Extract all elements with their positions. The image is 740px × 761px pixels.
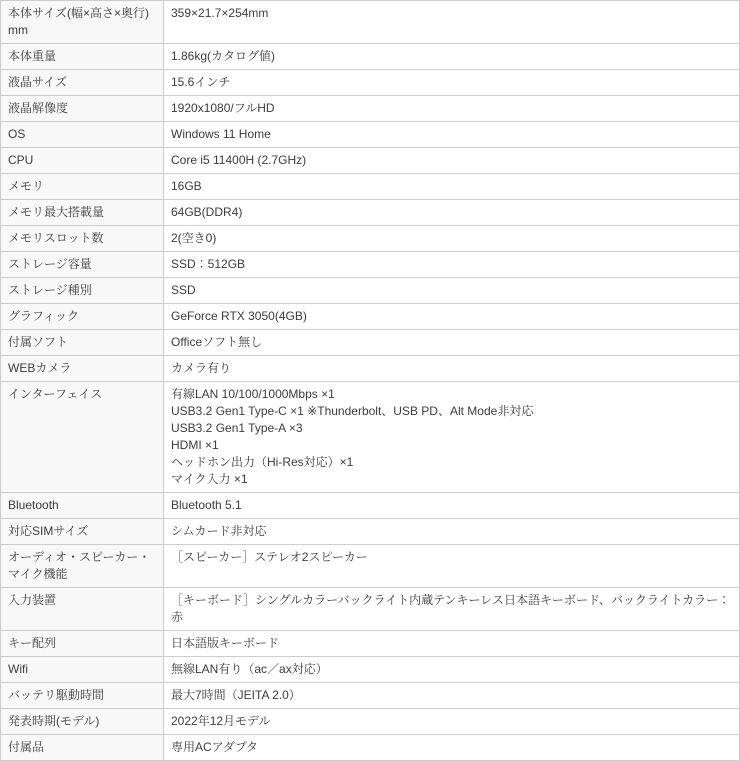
spec-value-storage-type: SSD — [164, 278, 740, 304]
spec-table: 本体サイズ(幅×高さ×奥行)mm 359×21.7×254mm 本体重量 1.8… — [0, 0, 740, 761]
spec-value-key-layout: 日本語版キーボード — [164, 631, 740, 657]
spec-value-sim-size: シムカード非対応 — [164, 519, 740, 545]
spec-row: 本体重量 1.86kg(カタログ値) — [1, 44, 740, 70]
spec-value-accessories: 専用ACアダプタ — [164, 735, 740, 761]
spec-label-memory-max: メモリ最大搭載量 — [1, 200, 164, 226]
spec-table-body: 本体サイズ(幅×高さ×奥行)mm 359×21.7×254mm 本体重量 1.8… — [1, 1, 740, 761]
spec-value-interface: 有線LAN 10/100/1000Mbps ×1 USB3.2 Gen1 Typ… — [164, 382, 740, 493]
spec-label-key-layout: キー配列 — [1, 631, 164, 657]
spec-row: メモリ 16GB — [1, 174, 740, 200]
spec-row: インターフェイス 有線LAN 10/100/1000Mbps ×1 USB3.2… — [1, 382, 740, 493]
spec-label-wifi: Wifi — [1, 657, 164, 683]
spec-value-weight: 1.86kg(カタログ値) — [164, 44, 740, 70]
spec-value-graphics: GeForce RTX 3050(4GB) — [164, 304, 740, 330]
spec-value-battery-life: 最大7時間（JEITA 2.0） — [164, 683, 740, 709]
spec-row: 本体サイズ(幅×高さ×奥行)mm 359×21.7×254mm — [1, 1, 740, 44]
spec-row: 対応SIMサイズ シムカード非対応 — [1, 519, 740, 545]
spec-label-interface: インターフェイス — [1, 382, 164, 493]
spec-row: 液晶解像度 1920x1080/フルHD — [1, 96, 740, 122]
spec-value-lcd-resolution: 1920x1080/フルHD — [164, 96, 740, 122]
spec-label-body-size: 本体サイズ(幅×高さ×奥行)mm — [1, 1, 164, 44]
spec-row: 液晶サイズ 15.6インチ — [1, 70, 740, 96]
spec-row: メモリスロット数 2(空き0) — [1, 226, 740, 252]
spec-value-memory-slots: 2(空き0) — [164, 226, 740, 252]
spec-label-audio-speaker-mic: オーディオ・スピーカー・マイク機能 — [1, 545, 164, 588]
spec-value-bundled-software: Officeソフト無し — [164, 330, 740, 356]
spec-row: 入力装置 ［キーボード］シングルカラーバックライト内蔵テンキーレス日本語キーボー… — [1, 588, 740, 631]
spec-label-os: OS — [1, 122, 164, 148]
spec-row: ストレージ容量 SSD：512GB — [1, 252, 740, 278]
spec-label-lcd-size: 液晶サイズ — [1, 70, 164, 96]
spec-label-memory: メモリ — [1, 174, 164, 200]
spec-value-lcd-size: 15.6インチ — [164, 70, 740, 96]
spec-value-wifi: 無線LAN有り（ac／ax対応） — [164, 657, 740, 683]
spec-row: CPU Core i5 11400H (2.7GHz) — [1, 148, 740, 174]
spec-label-graphics: グラフィック — [1, 304, 164, 330]
spec-value-audio-speaker-mic: ［スピーカー］ステレオ2スピーカー — [164, 545, 740, 588]
spec-value-webcam: カメラ有り — [164, 356, 740, 382]
spec-value-release-date: 2022年12月モデル — [164, 709, 740, 735]
spec-value-memory-max: 64GB(DDR4) — [164, 200, 740, 226]
spec-label-storage-capacity: ストレージ容量 — [1, 252, 164, 278]
spec-label-weight: 本体重量 — [1, 44, 164, 70]
spec-label-release-date: 発表時期(モデル) — [1, 709, 164, 735]
spec-label-webcam: WEBカメラ — [1, 356, 164, 382]
spec-label-sim-size: 対応SIMサイズ — [1, 519, 164, 545]
spec-value-os: Windows 11 Home — [164, 122, 740, 148]
spec-label-accessories: 付属品 — [1, 735, 164, 761]
spec-label-storage-type: ストレージ種別 — [1, 278, 164, 304]
spec-row: ストレージ種別 SSD — [1, 278, 740, 304]
spec-row: バッテリ駆動時間 最大7時間（JEITA 2.0） — [1, 683, 740, 709]
spec-value-body-size: 359×21.7×254mm — [164, 1, 740, 44]
spec-label-battery-life: バッテリ駆動時間 — [1, 683, 164, 709]
spec-row: 付属ソフト Officeソフト無し — [1, 330, 740, 356]
spec-row: Bluetooth Bluetooth 5.1 — [1, 493, 740, 519]
spec-label-lcd-resolution: 液晶解像度 — [1, 96, 164, 122]
spec-row: メモリ最大搭載量 64GB(DDR4) — [1, 200, 740, 226]
spec-row: WEBカメラ カメラ有り — [1, 356, 740, 382]
spec-label-cpu: CPU — [1, 148, 164, 174]
spec-label-input-device: 入力装置 — [1, 588, 164, 631]
spec-row: 付属品 専用ACアダプタ — [1, 735, 740, 761]
spec-row: OS Windows 11 Home — [1, 122, 740, 148]
spec-value-storage-capacity: SSD：512GB — [164, 252, 740, 278]
spec-row: Wifi 無線LAN有り（ac／ax対応） — [1, 657, 740, 683]
spec-label-bundled-software: 付属ソフト — [1, 330, 164, 356]
spec-value-cpu: Core i5 11400H (2.7GHz) — [164, 148, 740, 174]
spec-row: グラフィック GeForce RTX 3050(4GB) — [1, 304, 740, 330]
spec-value-input-device: ［キーボード］シングルカラーバックライト内蔵テンキーレス日本語キーボード、バック… — [164, 588, 740, 631]
spec-row: 発表時期(モデル) 2022年12月モデル — [1, 709, 740, 735]
spec-row: オーディオ・スピーカー・マイク機能 ［スピーカー］ステレオ2スピーカー — [1, 545, 740, 588]
spec-row: キー配列 日本語版キーボード — [1, 631, 740, 657]
spec-label-memory-slots: メモリスロット数 — [1, 226, 164, 252]
spec-label-bluetooth: Bluetooth — [1, 493, 164, 519]
spec-value-bluetooth: Bluetooth 5.1 — [164, 493, 740, 519]
spec-value-memory: 16GB — [164, 174, 740, 200]
